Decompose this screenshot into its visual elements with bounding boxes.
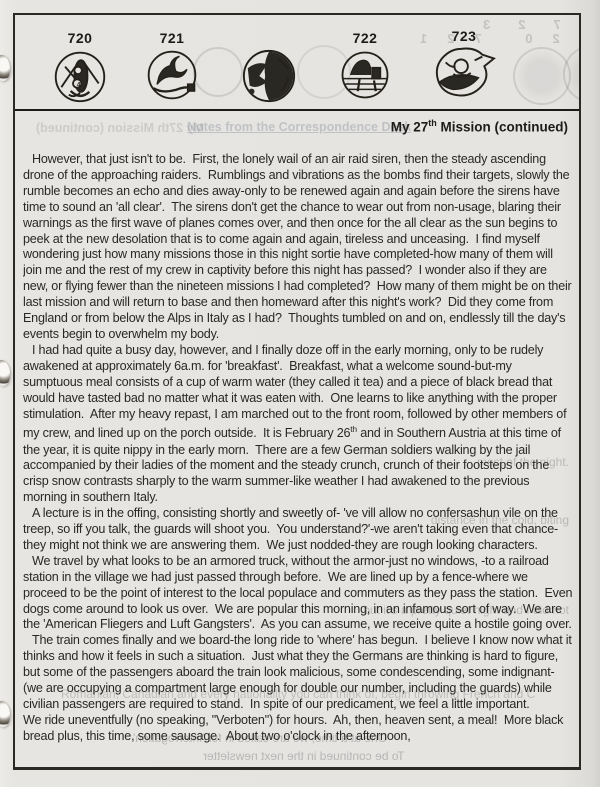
body-paragraph: We ride uneventfully (no speaking, "Verb… [23,713,574,745]
mission-stamp-722: 722 [337,30,393,103]
punch-hole-icon [0,700,13,729]
body-paragraph: We travel by what looks to be an armored… [23,554,574,634]
stamp-number: 721 [143,30,201,46]
mission-stamp-721: 721 [143,30,201,103]
content-box: 722 723 720 721 720 4 [13,13,581,770]
body-paragraph: I had had quite a busy day, however, and… [23,343,574,506]
mission-stamp-icon [240,47,298,105]
mission-stamp-icon [432,45,496,101]
mission-stamp-720: 720 4 [51,30,109,105]
mission-stamp-icon: 4 [52,47,108,105]
punch-hole-icon [0,54,13,83]
body-paragraph: A lecture is in the offing, consisting s… [23,506,574,554]
page-title: My 27th Mission (continued) [391,118,568,135]
stamp-number: 722 [337,30,393,46]
mission-stamp-icon [338,47,392,103]
mission-stamp-globe [239,30,299,105]
title-sup: th [428,118,437,128]
header-divider [15,109,579,111]
showthrough-stamp-circle [563,45,579,103]
body-paragraph: The train comes finally and we board-the… [23,633,574,713]
body-paragraph: However, that just isn't to be. First, t… [23,152,574,343]
body-text: However, that just isn't to be. First, t… [23,152,574,764]
title-post: Mission (continued) [437,120,568,135]
mission-stamp-icon [144,47,200,103]
bleedthrough-mirrored-title: My 27th Mission (continued) [29,121,204,135]
mission-stamp-723: 723 [431,28,497,101]
stamp-number: 723 [431,28,497,44]
title-pre: My 27 [391,120,429,135]
svg-text:4: 4 [77,82,81,89]
stamp-number: 720 [51,30,109,46]
punch-hole-icon [0,359,13,388]
scanned-newsletter-page: 722 723 720 721 720 4 [0,0,600,787]
